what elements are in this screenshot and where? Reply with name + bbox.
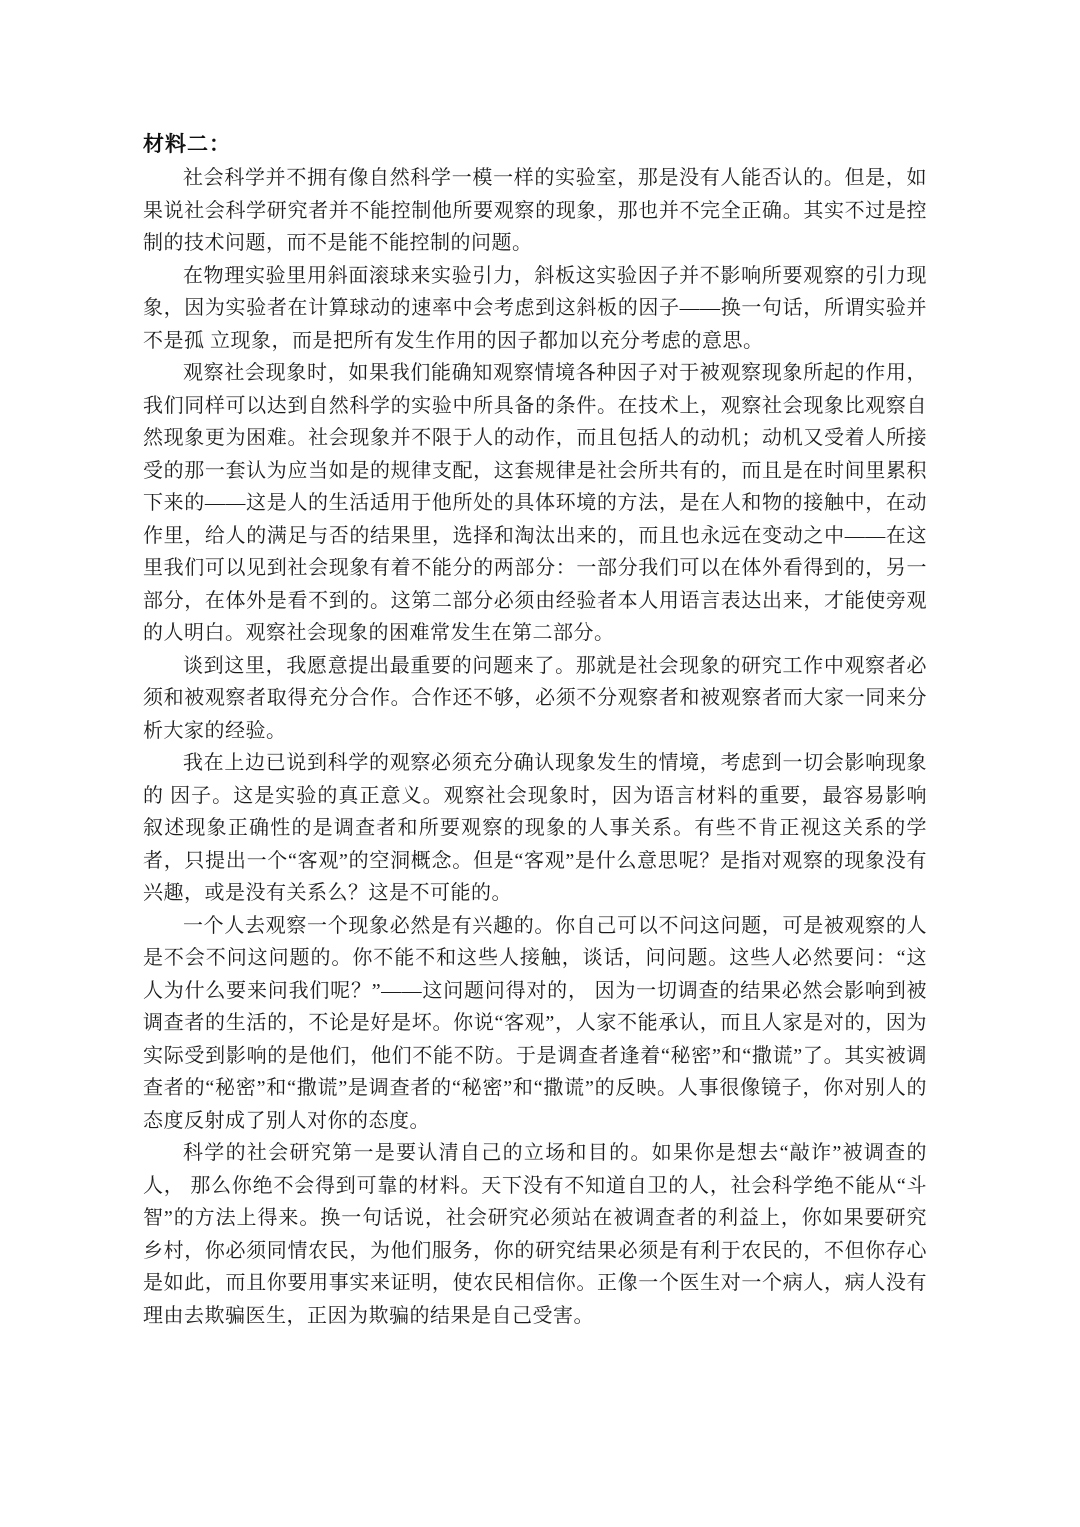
paragraph: 科学的社会研究第一是要认清自己的立场和目的。如果你是想去“敲诈”被调查的人， 那…	[143, 1137, 927, 1332]
material-heading: 材料二：	[143, 128, 927, 162]
document-page: 材料二： 社会科学并不拥有像自然科学一模一样的实验室，那是没有人能否认的。但是，…	[0, 0, 1080, 1527]
paragraph: 谈到这里，我愿意提出最重要的问题来了。那就是社会现象的研究工作中观察者必须和被观…	[143, 650, 927, 748]
text-block: 材料二： 社会科学并不拥有像自然科学一模一样的实验室，那是没有人能否认的。但是，…	[143, 128, 927, 1332]
paragraph: 社会科学并不拥有像自然科学一模一样的实验室，那是没有人能否认的。但是，如果说社会…	[143, 162, 927, 260]
body-paragraphs: 社会科学并不拥有像自然科学一模一样的实验室，那是没有人能否认的。但是，如果说社会…	[143, 162, 927, 1332]
paragraph: 在物理实验里用斜面滚球来实验引力，斜板这实验因子并不影响所要观察的引力现象，因为…	[143, 260, 927, 358]
paragraph: 我在上边已说到科学的观察必须充分确认现象发生的情境，考虑到一切会影响现象的 因子…	[143, 747, 927, 910]
paragraph: 一个人去观察一个现象必然是有兴趣的。你自己可以不问这问题，可是被观察的人是不会不…	[143, 910, 927, 1138]
paragraph: 观察社会现象时，如果我们能确知观察情境各种因子对于被观察现象所起的作用，我们同样…	[143, 357, 927, 650]
